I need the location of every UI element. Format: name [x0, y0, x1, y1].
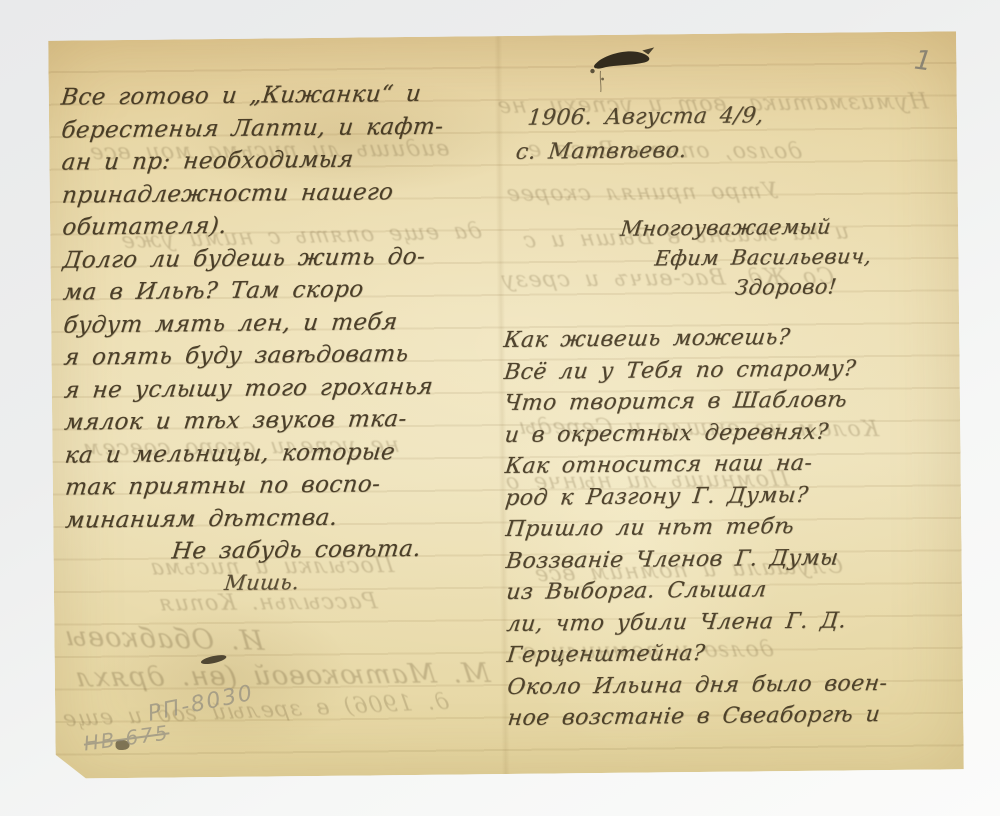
handwritten-line: я не услышу того гроханья: [62, 373, 502, 410]
handwritten-line: Долго ли будешь жить до-: [61, 243, 501, 280]
handwritten-line: Воззваніе Членов Г. Думы: [504, 544, 960, 580]
handwritten-line: ное возстаніе в Свеаборгѣ и: [506, 701, 962, 737]
letter-paper: видишь ли письма мои все да еще опять с …: [48, 31, 964, 778]
left-page-text: Все готово и „Кижанки“ и берестеныя Лапт…: [61, 80, 502, 605]
signature: Мишь.: [64, 568, 504, 605]
place-line: с. Матвѣево.: [499, 135, 955, 174]
handwritten-line: мялок и тѣх звуков тка-: [62, 405, 502, 442]
salutation-line: Здорово!: [501, 273, 956, 308]
handwritten-line: так приятны по воспо-: [63, 470, 503, 507]
handwritten-line: Пришло ли нѣт тебѣ: [504, 512, 960, 548]
salutation-line: Ефим Васильевич,: [501, 243, 956, 278]
handwritten-line: Что творится в Шабловѣ: [502, 386, 958, 422]
handwritten-line: ма в Ильѣ? Там скоро: [61, 275, 501, 312]
bleedthrough-line: И. Обабковы: [63, 621, 266, 657]
handwritten-line: Как относится наш на-: [503, 449, 959, 485]
letter-body: Как живешь можешь? Всё ли у Тебя по стар…: [503, 323, 959, 737]
handwritten-line: Как живешь можешь?: [502, 323, 958, 359]
handwritten-line: берестеныя Лапти, и кафт-: [59, 113, 499, 150]
handwritten-line: обитателя).: [60, 210, 500, 247]
handwritten-line: из Выборга. Слышал: [504, 575, 960, 611]
archival-marks: РП-8030 НВ-675: [48, 31, 956, 41]
handwritten-line: Всё ли у Тебя по старому?: [502, 355, 958, 391]
handwritten-line: принадлежности нашего: [60, 178, 500, 215]
handwritten-line: Все готово и „Кижанки“ и: [59, 80, 499, 117]
bleedthrough-left: видишь ли письма мои все да еще опять с …: [48, 31, 956, 41]
handwritten-line: будут мять лен, и тебя: [61, 308, 501, 345]
closing-line: Не забудь совѣта.: [64, 535, 504, 572]
right-page-text: 1906. Августа 4/9, с. Матвѣево. Многоува…: [501, 101, 960, 737]
handwritten-line: Около Ильина дня было воен-: [505, 670, 961, 706]
handwritten-line: род к Разгону Г. Думы?: [503, 481, 959, 517]
page-number: 1: [912, 45, 933, 78]
ink-blot: [582, 40, 667, 93]
scan-background: видишь ли письма мои все да еще опять с …: [0, 0, 1000, 816]
salutation-line: Многоуважаемый: [501, 213, 956, 248]
handwritten-line: минаниям дѣтства.: [63, 503, 503, 540]
handwritten-line: ка и мельницы, которые: [63, 438, 503, 475]
salutation-block: Многоуважаемый Ефим Васильевич, Здорово!: [502, 213, 955, 308]
bleedthrough-line: М. Матюковой (вн. дряхл: [73, 658, 492, 693]
bleedthrough-right: Нумизматика, вот и успехи, не долго, опя…: [48, 31, 956, 41]
handwritten-line: ан и пр: необходимыя: [60, 145, 500, 182]
date-line: 1906. Августа 4/9,: [499, 101, 955, 140]
date-block: 1906. Августа 4/9, с. Матвѣево.: [501, 101, 954, 174]
handwritten-line: я опять буду завѣдовать: [62, 340, 502, 377]
handwritten-line: и в окрестных деревнях?: [503, 418, 959, 454]
handwritten-line: ли, что убили Члена Г. Д.: [505, 607, 961, 643]
handwritten-line: Герценштейна?: [505, 638, 961, 674]
